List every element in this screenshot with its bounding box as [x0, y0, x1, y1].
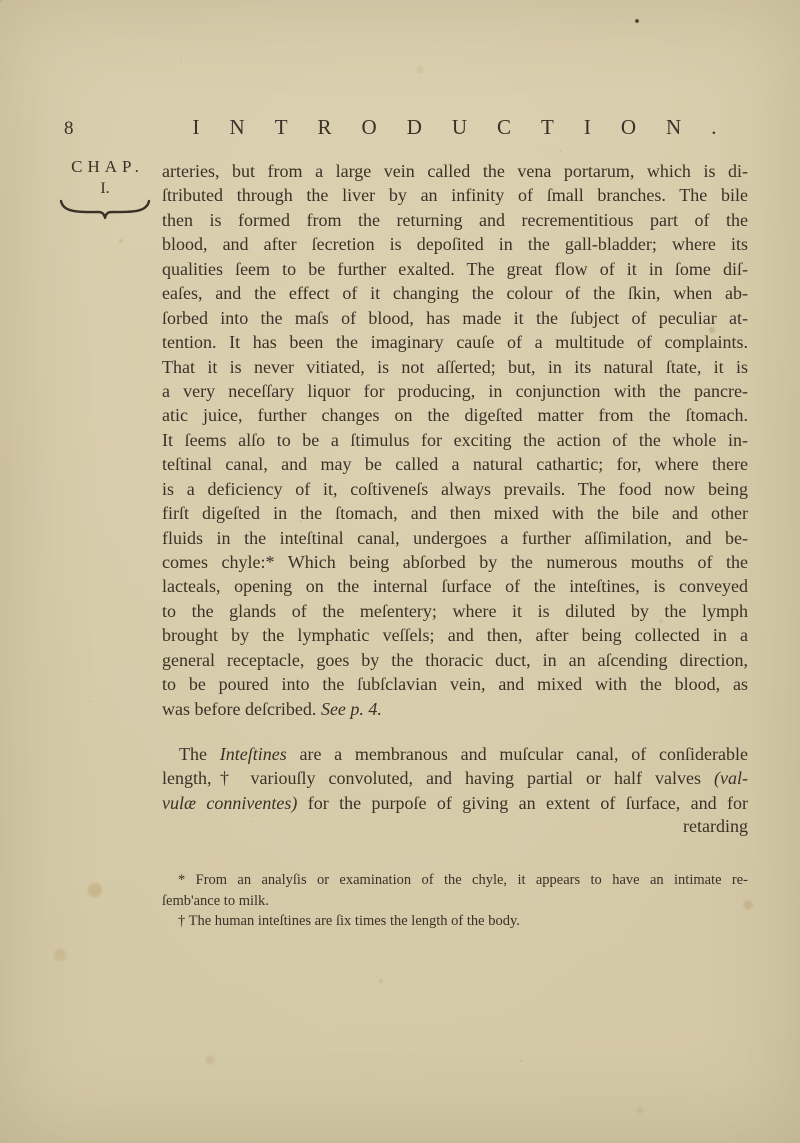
paragraph-bile: arteries, but from a large vein called t… [162, 159, 748, 721]
text-line: qualities ſeem to be further exalted. Th… [162, 257, 748, 281]
chapter-numeral: I. [50, 180, 160, 198]
text-line: ſorbed into the maſs of blood, has made … [162, 306, 748, 330]
text-line: ſtributed through the liver by an infini… [162, 183, 748, 207]
text-line: tention. It has been the imaginary cauſe… [162, 330, 748, 354]
text-line: a very neceſſary liquor for producing, i… [162, 379, 748, 403]
text-line: lacteals, opening on the internal ſurfac… [162, 574, 748, 598]
text-line: teſtinal canal, and may be called a natu… [162, 452, 748, 476]
text-line: eaſes, and the effect of it changing the… [162, 281, 748, 305]
brace-icon [50, 199, 160, 224]
text-line: That it is never vitiated, is not aſſert… [162, 355, 748, 379]
text-line: was before deſcribed. See p. 4. [162, 697, 748, 721]
text-line: * From an analyſis or examination of the… [162, 870, 748, 891]
paragraph-intestines: The Inteſtines are a membranous and muſc… [162, 742, 748, 815]
paper-specks [0, 0, 2, 2]
text-line: comes chyle:* Which being abſorbed by th… [162, 550, 748, 574]
text-line: to the glands of the meſentery; where it… [162, 599, 748, 623]
text-line: blood, and after ſecretion is depoſited … [162, 232, 748, 256]
book-page: 8 INTRODUCTION. CHAP. I. arteries, but f… [0, 0, 800, 1143]
chapter-label: CHAP. [50, 157, 160, 177]
text-line: arteries, but from a large vein called t… [162, 159, 748, 183]
text-line: general receptacle, goes by the thoracic… [162, 648, 748, 672]
text-line: The Inteſtines are a membranous and muſc… [162, 742, 748, 766]
text-line: firſt digeſted in the ſtomach, and then … [162, 501, 748, 525]
text-line: atic juice, further changes on the digeſ… [162, 403, 748, 427]
catchword: retarding [162, 816, 748, 837]
text-line: fluids in the inteſtinal canal, undergoe… [162, 526, 748, 550]
text-line: ſemb'ance to milk. [162, 891, 748, 912]
text-line: † The human inteſtines are ſix times the… [162, 911, 748, 932]
text-line: to be poured into the ſubſclavian vein, … [162, 672, 748, 696]
text-line: is a deficiency of it, coſtiveneſs alway… [162, 477, 748, 501]
text-line: brought by the lymphatic veſſels; and th… [162, 623, 748, 647]
text-line: then is formed from the returning and re… [162, 208, 748, 232]
footnote-chyle: * From an analyſis or examination of the… [162, 870, 748, 912]
footnote-intestines-length: † The human inteſtines are ſix times the… [162, 911, 748, 932]
chapter-heading: CHAP. I. [50, 157, 160, 224]
text-line: length,† variouſly convoluted, and havin… [162, 766, 748, 790]
running-title: INTRODUCTION. [162, 115, 747, 140]
text-line: vulæ conniventes) for the purpoſe of giv… [162, 791, 748, 815]
page-number: 8 [64, 118, 74, 140]
text-line: It ſeems alſo to be a ſtimulus for excit… [162, 428, 748, 452]
